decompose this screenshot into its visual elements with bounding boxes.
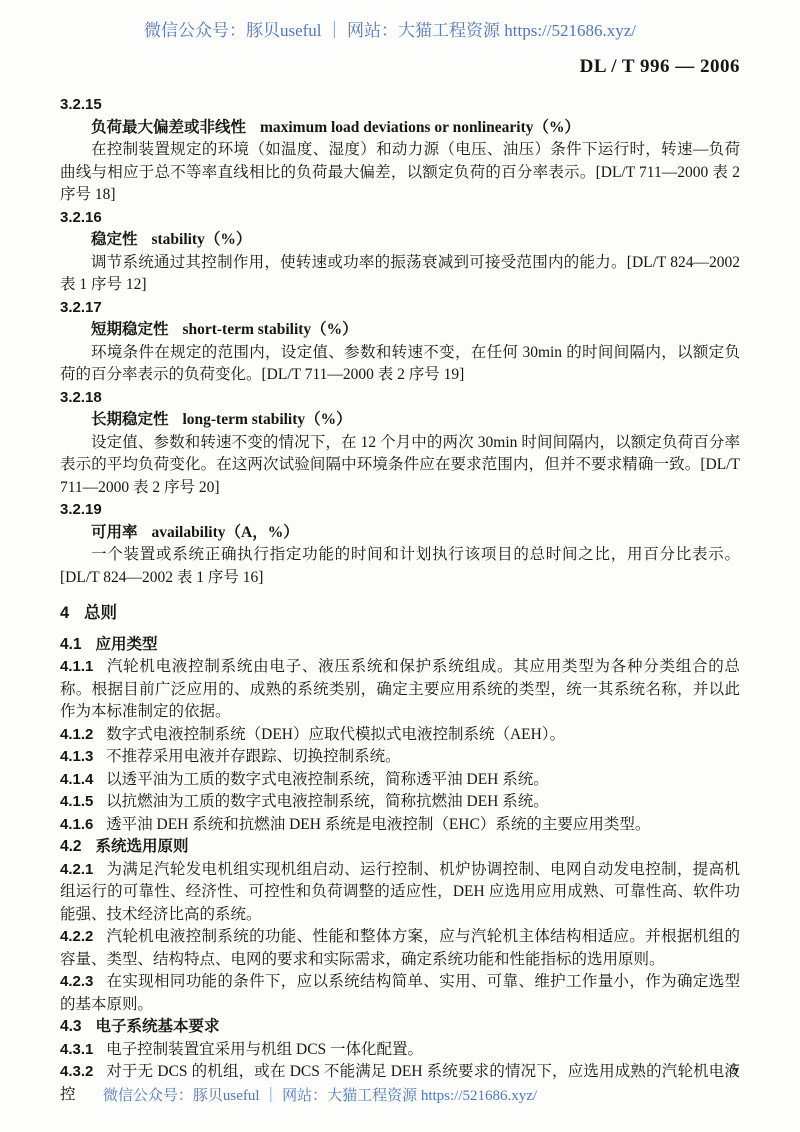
term-definition: 在控制装置规定的环境（如温度、湿度）和动力源（电压、油压）条件下运行时，转速—负…: [60, 139, 740, 207]
term-definition: 设定值、参数和转速不变的情况下，在 12 个月中的两次 30min 时间间隔内，…: [60, 432, 740, 500]
term-clause-number: 3.2.15: [60, 94, 740, 117]
clause-number: 4.2.3: [60, 973, 93, 990]
term-en-label: long-term stability（%）: [182, 411, 351, 428]
clause-number: 4.1.3: [60, 748, 93, 765]
term-zh-label: 短期稳定性: [91, 321, 169, 338]
section-heading: 4.3电子系统基本要求: [60, 1016, 740, 1039]
clause-number: 4.3.2: [60, 1063, 93, 1080]
section-number: 4.3: [60, 1018, 82, 1035]
term-zh-label: 稳定性: [91, 231, 138, 248]
clause-text: 汽轮机电液控制系统的功能、性能和整体方案，应与汽轮机主体结构相适应。并根据机组的…: [60, 928, 740, 968]
document-body: 3.2.15 负荷最大偏差或非线性maximum load deviations…: [60, 94, 740, 1106]
term-definition: 调节系统通过其控制作用，使转速或功率的振荡衰减到可接受范围内的能力。[DL/T …: [60, 252, 740, 297]
clause-number: 4.3.1: [60, 1041, 93, 1058]
section-number: 4.1: [60, 636, 82, 653]
clause-item: 4.1.3不推荐采用电液并存跟踪、切换控制系统。: [60, 746, 740, 769]
term-clause-number: 3.2.16: [60, 207, 740, 230]
term-zh-label: 可用率: [91, 524, 138, 541]
clause-text: 以抗燃油为工质的数字式电液控制系统，简称抗燃油 DEH 系统。: [106, 793, 549, 810]
section-heading: 4.2系统选用原则: [60, 836, 740, 859]
term-clause-number: 3.2.19: [60, 499, 740, 522]
clause-text: 透平油 DEH 系统和抗燃油 DEH 系统是电液控制（EHC）系统的主要应用类型…: [106, 816, 650, 833]
term-en-label: stability（%）: [151, 231, 251, 248]
clause-number: 4.2.1: [60, 861, 93, 878]
standard-doc-number: DL / T 996 — 2006: [580, 56, 740, 78]
section-number: 4.2: [60, 838, 82, 855]
clause-text: 不推荐采用电液并存跟踪、切换控制系统。: [106, 748, 401, 765]
chapter-title: 总则: [84, 604, 117, 622]
watermark-bottom: 微信公众号：豚贝useful ｜ 网站：大猫工程资源 https://52168…: [0, 1084, 640, 1105]
clause-item: 4.1.1汽轮机电液控制系统由电子、液压系统和保护系统组成。其应用类型为各种分类…: [60, 656, 740, 724]
term-heading: 负荷最大偏差或非线性maximum load deviations or non…: [60, 117, 740, 140]
term-en-label: maximum load deviations or nonlinearity（…: [260, 119, 580, 136]
term-clause-number: 3.2.18: [60, 387, 740, 410]
clause-number: 4.1.5: [60, 793, 93, 810]
clause-item: 4.1.2数字式电液控制系统（DEH）应取代模拟式电液控制系统（AEH）。: [60, 724, 740, 747]
clause-text: 数字式电液控制系统（DEH）应取代模拟式电液控制系统（AEH）。: [106, 726, 565, 743]
clause-item: 4.2.3在实现相同功能的条件下，应以系统结构简单、实用、可靠、维护工作量小，作…: [60, 971, 740, 1016]
clause-item: 4.2.1为满足汽轮发电机组实现机组启动、运行控制、机炉协调控制、电网自动发电控…: [60, 859, 740, 927]
term-clause-number: 3.2.17: [60, 297, 740, 320]
watermark-top: 微信公众号：豚贝useful ｜ 网站：大猫工程资源 https://52168…: [0, 16, 780, 41]
clause-text: 以透平油为工质的数字式电液控制系统，简称透平油 DEH 系统。: [106, 771, 549, 788]
clause-text: 电子控制装置宜采用与机组 DCS 一体化配置。: [106, 1041, 423, 1058]
clause-number: 4.1.2: [60, 726, 93, 743]
clause-item: 4.1.6透平油 DEH 系统和抗燃油 DEH 系统是电液控制（EHC）系统的主…: [60, 814, 740, 837]
page-number: 5: [731, 1062, 739, 1079]
term-heading: 长期稳定性long-term stability（%）: [60, 409, 740, 432]
clause-item: 4.1.5以抗燃油为工质的数字式电液控制系统，简称抗燃油 DEH 系统。: [60, 791, 740, 814]
section-title: 电子系统基本要求: [96, 1018, 220, 1035]
term-heading: 短期稳定性short-term stability（%）: [60, 319, 740, 342]
term-definition: 环境条件在规定的范围内，设定值、参数和转速不变，在任何 30min 的时间间隔内…: [60, 342, 740, 387]
clause-item: 4.1.4以透平油为工质的数字式电液控制系统，简称透平油 DEH 系统。: [60, 769, 740, 792]
section-title: 系统选用原则: [96, 838, 189, 855]
term-zh-label: 长期稳定性: [91, 411, 169, 428]
clause-number: 4.1.1: [60, 658, 93, 675]
term-definition: 一个装置或系统正确执行指定功能的时间和计划执行该项目的总时间之比，用百分比表示。…: [60, 544, 740, 589]
term-heading: 可用率availability（A，%）: [60, 522, 740, 545]
clause-number: 4.2.2: [60, 928, 93, 945]
chapter-heading: 4总则: [60, 602, 740, 625]
clause-text: 为满足汽轮发电机组实现机组启动、运行控制、机炉协调控制、电网自动发电控制，提高机…: [60, 861, 740, 923]
term-en-label: short-term stability（%）: [182, 321, 357, 338]
term-zh-label: 负荷最大偏差或非线性: [91, 119, 246, 136]
clause-item: 4.2.2汽轮机电液控制系统的功能、性能和整体方案，应与汽轮机主体结构相适应。并…: [60, 926, 740, 971]
clause-number: 4.1.6: [60, 816, 93, 833]
section-heading: 4.1应用类型: [60, 634, 740, 657]
clause-number: 4.1.4: [60, 771, 93, 788]
clause-text: 在实现相同功能的条件下，应以系统结构简单、实用、可靠、维护工作量小，作为确定选型…: [60, 973, 740, 1013]
clause-text: 汽轮机电液控制系统由电子、液压系统和保护系统组成。其应用类型为各种分类组合的总称…: [60, 658, 740, 720]
term-heading: 稳定性stability（%）: [60, 229, 740, 252]
section-title: 应用类型: [96, 636, 158, 653]
scanned-document-page: 微信公众号：豚贝useful ｜ 网站：大猫工程资源 https://52168…: [0, 0, 800, 1132]
term-en-label: availability（A，%）: [151, 524, 298, 541]
chapter-number: 4: [60, 604, 69, 622]
clause-item: 4.3.1电子控制装置宜采用与机组 DCS 一体化配置。: [60, 1039, 740, 1062]
